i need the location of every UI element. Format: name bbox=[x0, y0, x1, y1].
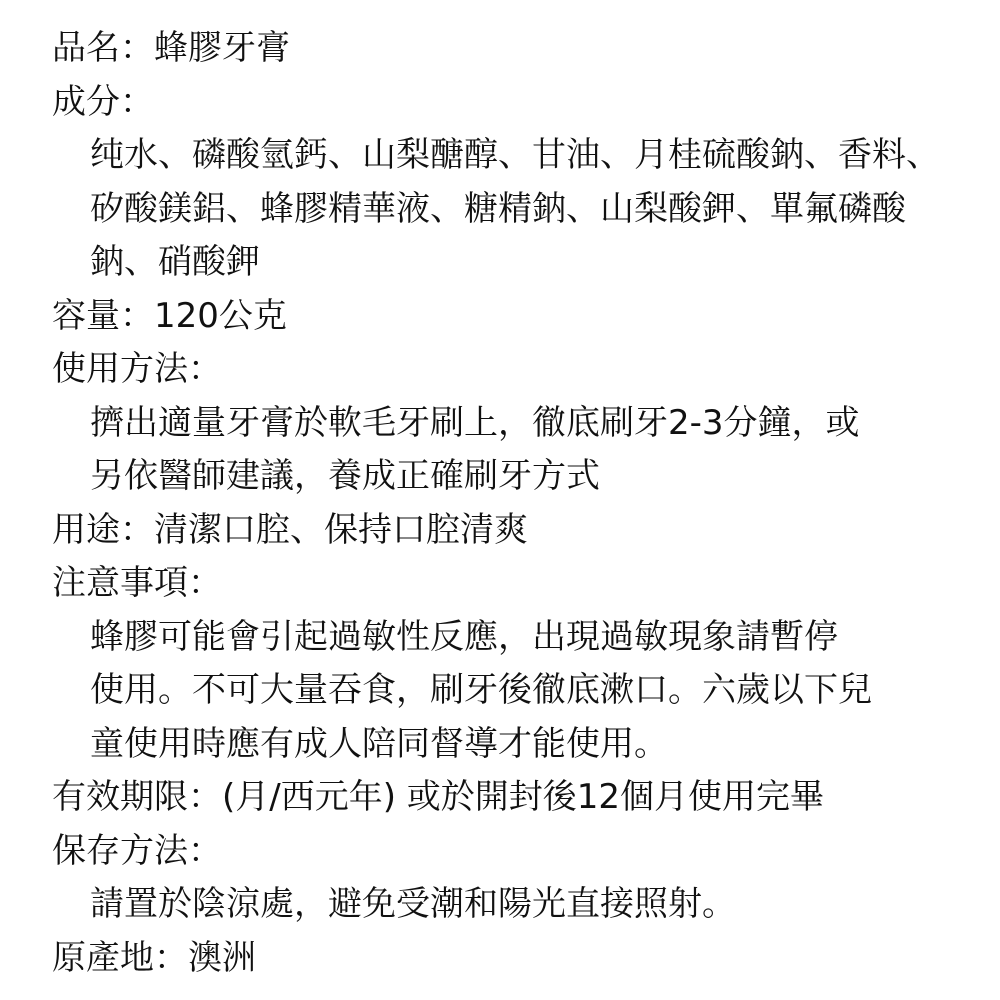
usage-line: 另依醫師建議，養成正確刷牙方式 bbox=[52, 450, 972, 504]
capacity-row: 容量：120公克 bbox=[52, 290, 972, 344]
usage-line: 擠出適量牙膏於軟毛牙刷上，徹底刷牙2-3分鐘，或 bbox=[52, 397, 972, 451]
ingredients-line: 纯水、磷酸氫鈣、山梨醣醇、甘油、月桂硫酸鈉、香料、 bbox=[52, 129, 972, 183]
capacity-value: 120公克 bbox=[154, 296, 287, 336]
product-name-value: 蜂膠牙膏 bbox=[154, 28, 290, 68]
expiry-value: (月/西元年) 或於開封後12個月使用完畢 bbox=[222, 777, 824, 817]
precautions-line: 童使用時應有成人陪同督導才能使用。 bbox=[52, 718, 972, 772]
ingredients-line: 矽酸鎂鋁、蜂膠精華液、糖精鈉、山梨酸鉀、單氟磷酸 bbox=[52, 183, 972, 237]
usage-label: 使用方法： bbox=[52, 349, 222, 389]
expiry-row: 有效期限：(月/西元年) 或於開封後12個月使用完畢 bbox=[52, 771, 972, 825]
precautions-line: 蜂膠可能會引起過敏性反應，出現過敏現象請暫停 bbox=[52, 611, 972, 665]
origin-label: 原產地： bbox=[52, 938, 188, 978]
storage-line: 請置於陰涼處，避免受潮和陽光直接照射。 bbox=[52, 878, 972, 932]
product-name-row: 品名：蜂膠牙膏 bbox=[52, 22, 972, 76]
product-name-label: 品名： bbox=[52, 28, 154, 68]
purpose-label: 用途： bbox=[52, 510, 154, 550]
capacity-label: 容量： bbox=[52, 296, 154, 336]
origin-row: 原產地：澳洲 bbox=[52, 932, 972, 986]
precautions-label: 注意事項： bbox=[52, 563, 222, 603]
product-label-document: 品名：蜂膠牙膏 成分： 纯水、磷酸氫鈣、山梨醣醇、甘油、月桂硫酸鈉、香料、 矽酸… bbox=[52, 22, 972, 985]
expiry-label: 有效期限： bbox=[52, 777, 222, 817]
ingredients-line: 鈉、硝酸鉀 bbox=[52, 236, 972, 290]
precautions-line: 使用。不可大量吞食，刷牙後徹底漱口。六歲以下兒 bbox=[52, 664, 972, 718]
purpose-value: 清潔口腔、保持口腔清爽 bbox=[154, 510, 528, 550]
ingredients-label: 成分： bbox=[52, 82, 154, 122]
ingredients-heading: 成分： bbox=[52, 76, 972, 130]
origin-value: 澳洲 bbox=[188, 938, 256, 978]
precautions-heading: 注意事項： bbox=[52, 557, 972, 611]
storage-heading: 保存方法： bbox=[52, 825, 972, 879]
usage-heading: 使用方法： bbox=[52, 343, 972, 397]
purpose-row: 用途：清潔口腔、保持口腔清爽 bbox=[52, 504, 972, 558]
storage-label: 保存方法： bbox=[52, 831, 222, 871]
